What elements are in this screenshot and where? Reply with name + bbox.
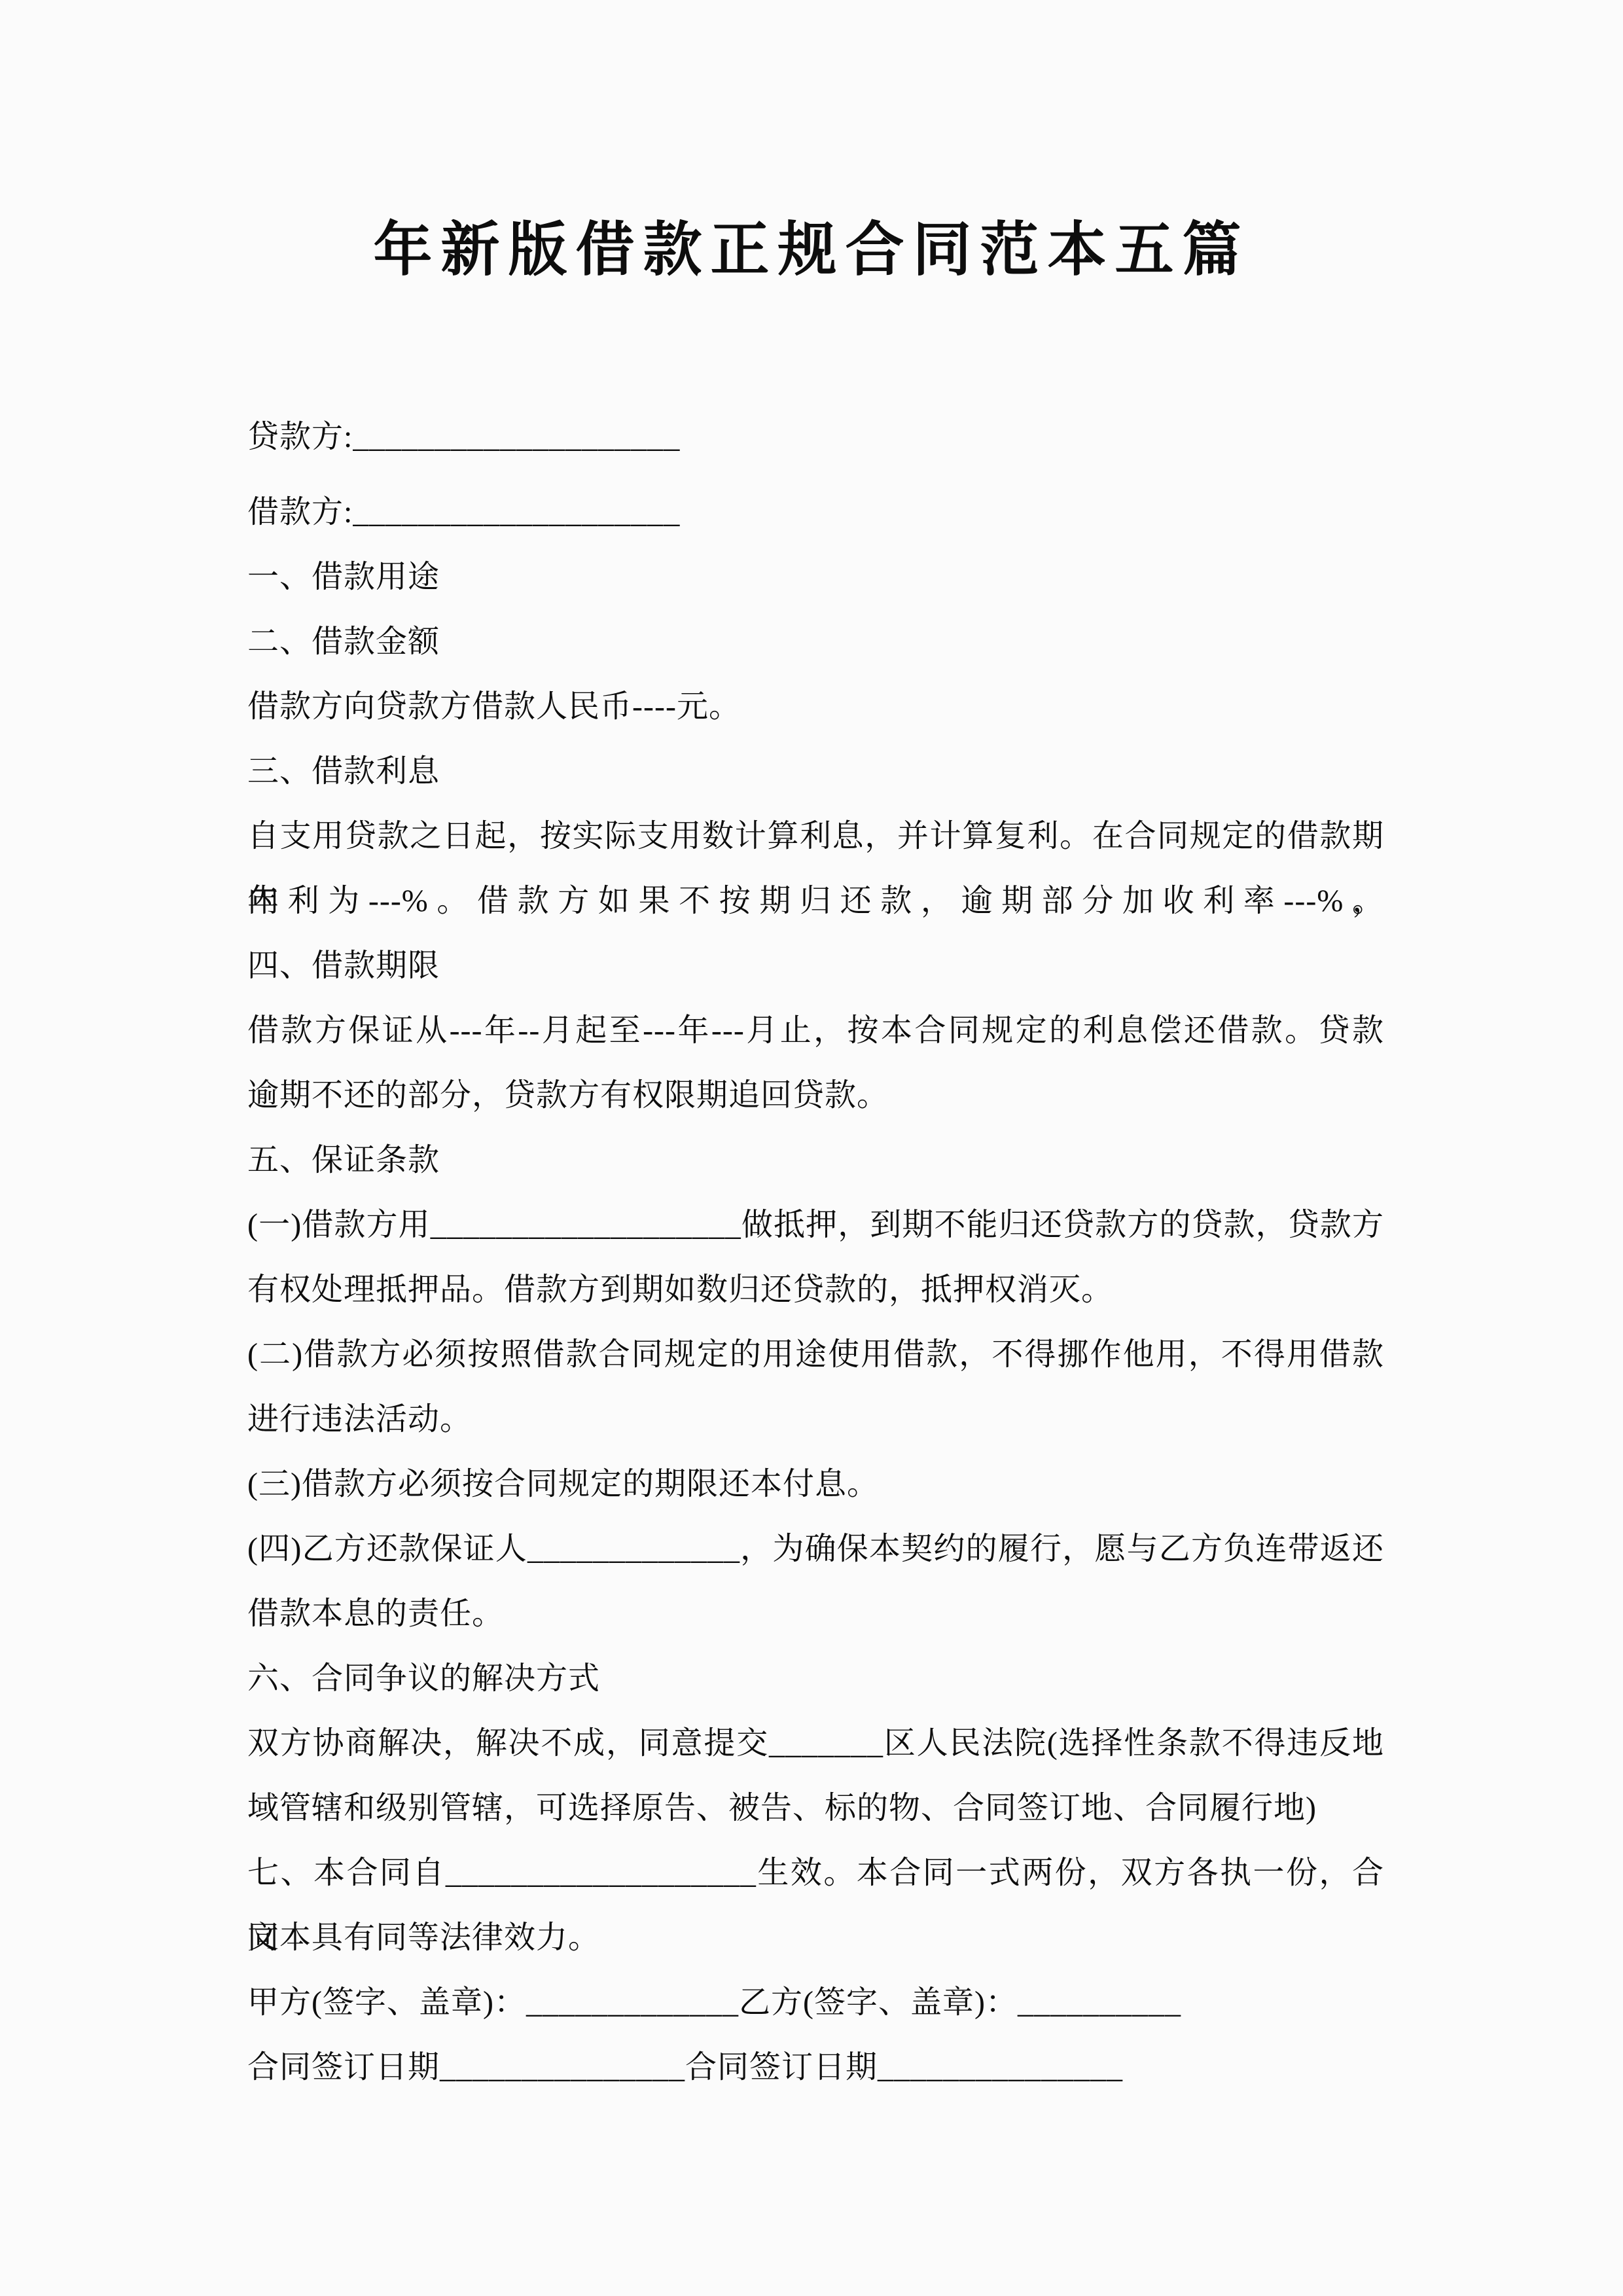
- interest-paragraph-line-2: 年利为---%。借款方如果不按期归还款，逾期部分加收利率---%。: [247, 869, 1384, 933]
- clause-3-line: (三)借款方必须按合同规定的期限还本付息。: [247, 1452, 1384, 1516]
- section-7-paragraph-line-1: 七、本合同自___________________生效。本合同一式两份，双方各执…: [247, 1840, 1384, 1905]
- clause-2-line-2: 进行违法活动。: [247, 1387, 1384, 1452]
- borrower-field-line: 借款方:____________________: [247, 480, 1384, 545]
- section-1-heading-loan-purpose: 一、借款用途: [247, 545, 1384, 609]
- section-6-heading-dispute: 六、合同争议的解决方式: [247, 1646, 1384, 1711]
- document-body: 贷款方:____________________ 借款方:___________…: [247, 404, 1384, 2100]
- dispute-paragraph-line-1: 双方协商解决，解决不成，同意提交_______区人民法院(选择性条款不得违反地: [247, 1711, 1384, 1776]
- section-3-heading-loan-interest: 三、借款利息: [247, 739, 1384, 804]
- loan-term-paragraph-line-2: 逾期不还的部分，贷款方有权限期追回贷款。: [247, 1063, 1384, 1128]
- clause-1-line-2: 有权处理抵押品。借款方到期如数归还贷款的，抵押权消灭。: [247, 1257, 1384, 1322]
- signature-line: 甲方(签字、盖章)：_____________乙方(签字、盖章)：_______…: [247, 1970, 1384, 2035]
- interest-paragraph-line-1: 自支用贷款之日起，按实际支用数计算利息，并计算复利。在合同规定的借款期内，: [247, 804, 1384, 869]
- section-7-paragraph-line-2: 文本具有同等法律效力。: [247, 1905, 1384, 1970]
- clause-4-line-1: (四)乙方还款保证人_____________，为确保本契约的履行，愿与乙方负连…: [247, 1516, 1384, 1581]
- document-title: 年新版借款正规合同范本五篇: [0, 202, 1623, 287]
- signing-date-line: 合同签订日期_______________合同签订日期_____________…: [247, 2035, 1384, 2100]
- section-5-heading-guarantee: 五、保证条款: [247, 1128, 1384, 1193]
- loan-amount-paragraph: 借款方向贷款方借款人民币----元。: [247, 674, 1384, 739]
- clause-1-line-1: (一)借款方用___________________做抵押，到期不能归还贷款方的…: [247, 1193, 1384, 1257]
- clause-4-line-2: 借款本息的责任。: [247, 1581, 1384, 1646]
- contract-document-page: 年新版借款正规合同范本五篇 贷款方:____________________ 借…: [0, 0, 1623, 2296]
- dispute-paragraph-line-2: 域管辖和级别管辖，可选择原告、被告、标的物、合同签订地、合同履行地): [247, 1776, 1384, 1840]
- clause-2-line-1: (二)借款方必须按照借款合同规定的用途使用借款，不得挪作他用，不得用借款: [247, 1322, 1384, 1387]
- lender-field-line: 贷款方:____________________: [247, 404, 1384, 469]
- section-4-heading-loan-term: 四、借款期限: [247, 933, 1384, 998]
- loan-term-paragraph-line-1: 借款方保证从---年--月起至---年---月止，按本合同规定的利息偿还借款。贷…: [247, 998, 1384, 1063]
- section-2-heading-loan-amount: 二、借款金额: [247, 609, 1384, 674]
